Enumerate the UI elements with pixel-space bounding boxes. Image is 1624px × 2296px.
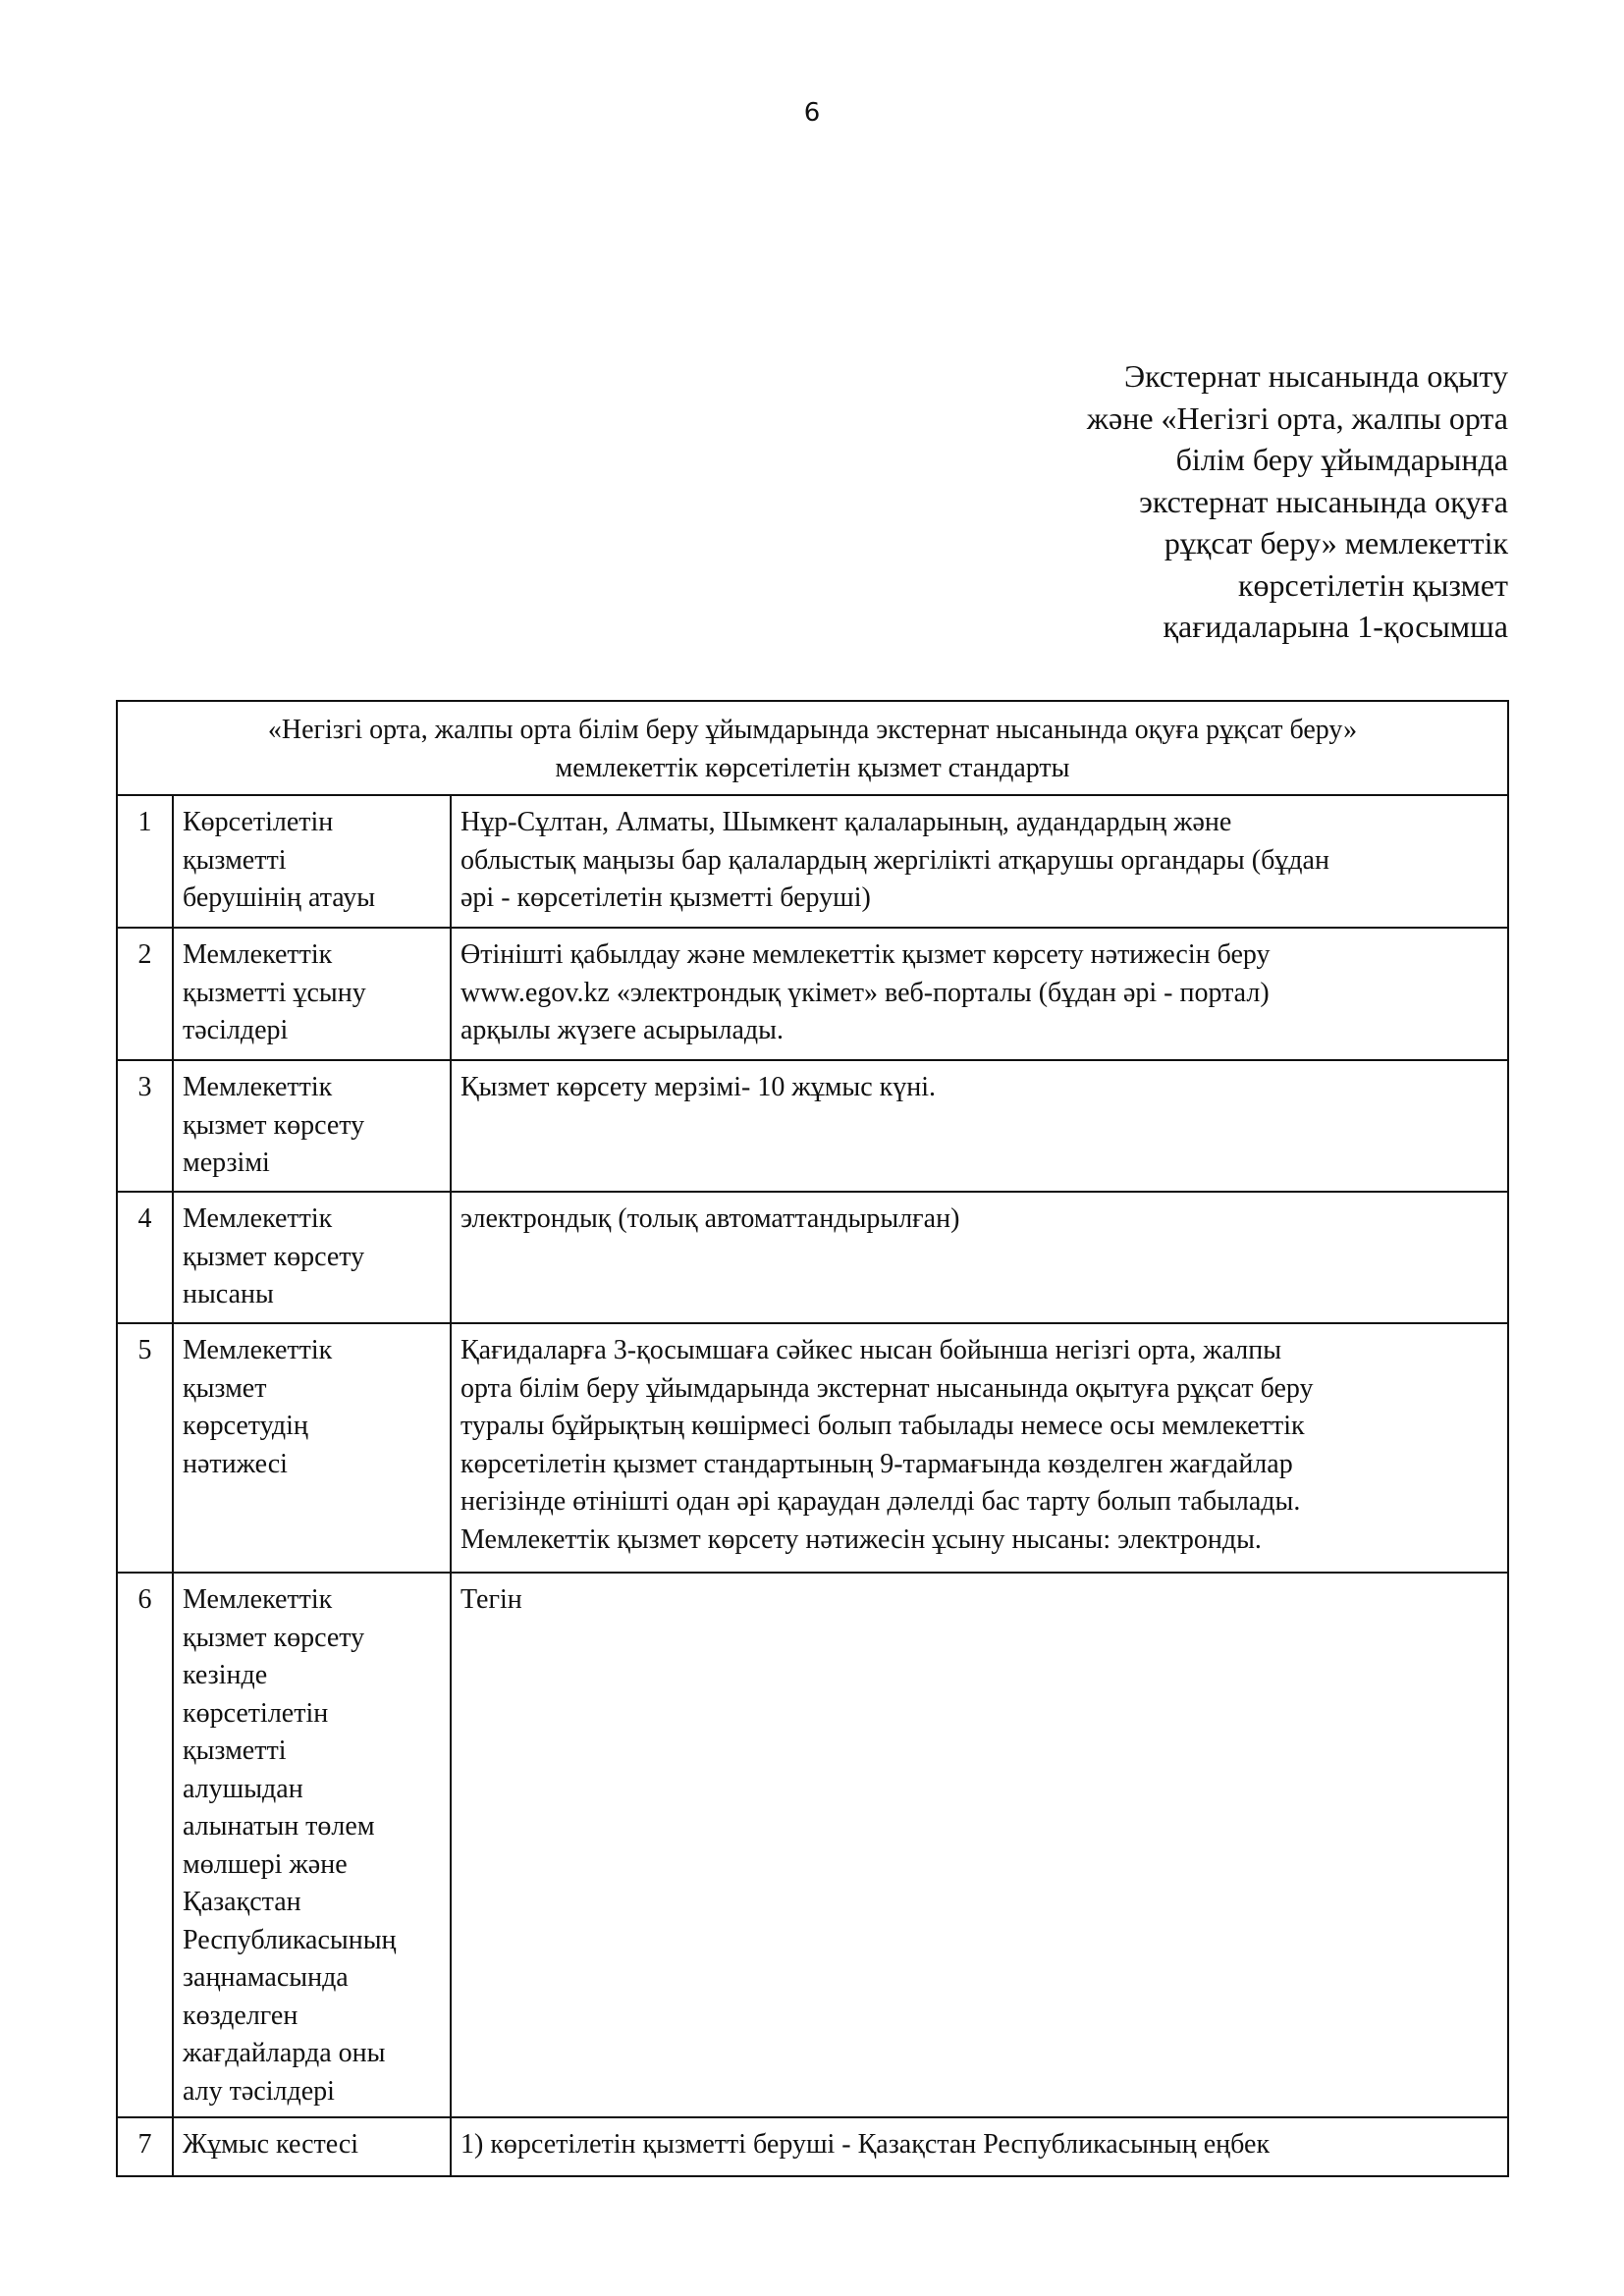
- row-label: Көрсетілетін қызметті берушінің атауы: [173, 795, 451, 928]
- row-label: Мемлекеттік қызметті ұсыну тәсілдері: [173, 928, 451, 1060]
- row-number: 7: [117, 2117, 173, 2176]
- row-label: Мемлекеттік қызмет көрсету нысаны: [173, 1192, 451, 1323]
- row-label: Мемлекеттік қызмет көрсетудің нәтижесі: [173, 1323, 451, 1573]
- row-number: 1: [117, 795, 173, 928]
- row-value: электрондық (толық автоматтандырылған): [451, 1192, 1508, 1323]
- row-number: 5: [117, 1323, 173, 1573]
- table-row: 4 Мемлекеттік қызмет көрсету нысаны элек…: [117, 1192, 1508, 1323]
- appendix-note: Экстернат нысанында оқыту және «Негізгі …: [958, 355, 1508, 648]
- row-label: Мемлекеттік қызмет көрсету кезінде көрсе…: [173, 1573, 451, 2117]
- row-value: Тегін: [451, 1573, 1508, 2117]
- row-label: Жұмыс кестесі: [173, 2117, 451, 2176]
- table-title: «Негізгі орта, жалпы орта білім беру ұйы…: [117, 701, 1508, 795]
- row-value: Өтінішті қабылдау және мемлекеттік қызме…: [451, 928, 1508, 1060]
- row-value: Нұр-Сұлтан, Алматы, Шымкент қалаларының,…: [451, 795, 1508, 928]
- page-number: 6: [0, 98, 1624, 128]
- table-row: 6 Мемлекеттік қызмет көрсету кезінде көр…: [117, 1573, 1508, 2117]
- row-label: Мемлекеттік қызмет көрсету мерзімі: [173, 1060, 451, 1192]
- table-row: 7 Жұмыс кестесі 1) көрсетілетін қызметті…: [117, 2117, 1508, 2176]
- table-title-row: «Негізгі орта, жалпы орта білім беру ұйы…: [117, 701, 1508, 795]
- table-row: 1 Көрсетілетін қызметті берушінің атауы …: [117, 795, 1508, 928]
- row-number: 6: [117, 1573, 173, 2117]
- table-row: 2 Мемлекеттік қызметті ұсыну тәсілдері Ө…: [117, 928, 1508, 1060]
- row-number: 3: [117, 1060, 173, 1192]
- table-row: 5 Мемлекеттік қызмет көрсетудің нәтижесі…: [117, 1323, 1508, 1573]
- row-number: 2: [117, 928, 173, 1060]
- service-standard-table: «Негізгі орта, жалпы орта білім беру ұйы…: [116, 700, 1509, 2177]
- row-value: 1) көрсетілетін қызметті беруші - Қазақс…: [451, 2117, 1508, 2176]
- row-value: Қызмет көрсету мерзімі- 10 жұмыс күні.: [451, 1060, 1508, 1192]
- row-number: 4: [117, 1192, 173, 1323]
- row-value: Қағидаларға 3-қосымшаға сәйкес нысан бой…: [451, 1323, 1508, 1573]
- table-row: 3 Мемлекеттік қызмет көрсету мерзімі Қыз…: [117, 1060, 1508, 1192]
